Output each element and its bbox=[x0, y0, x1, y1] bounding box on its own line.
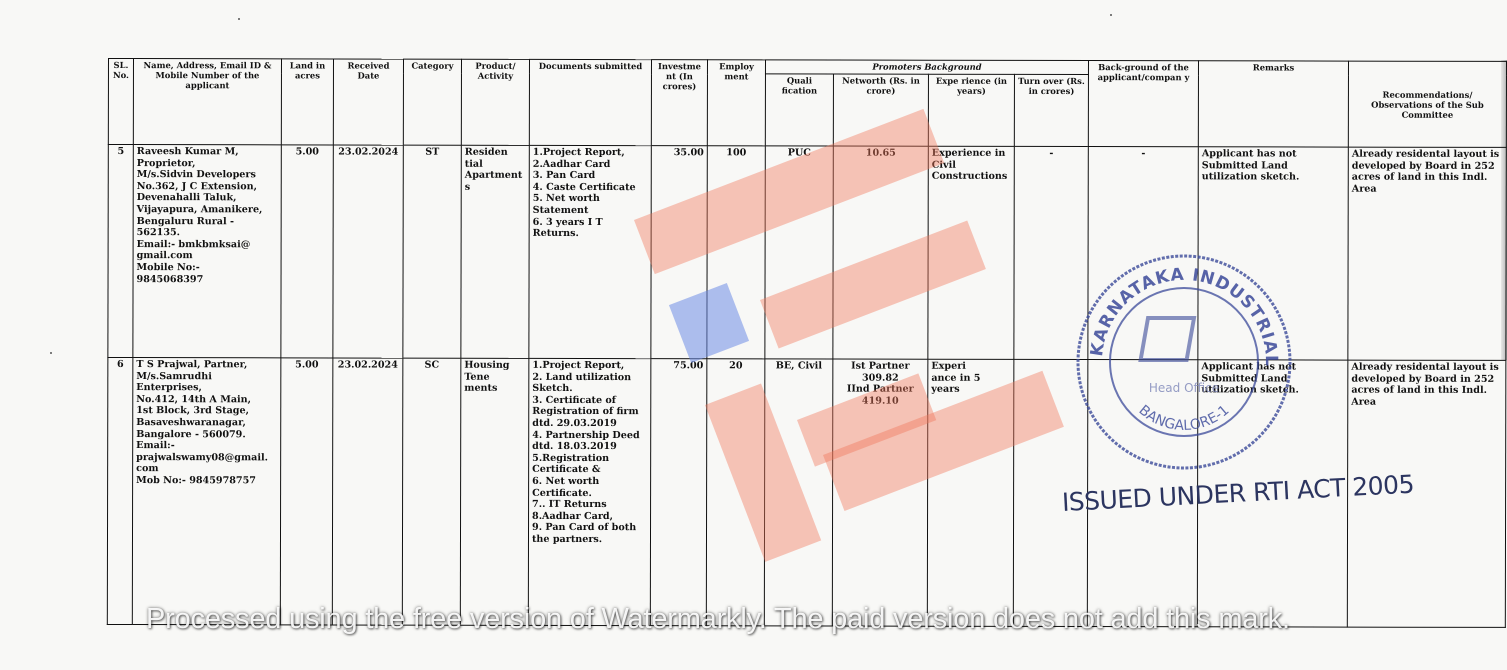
header-row: SL. No. Name, Address, Email ID & Mobile… bbox=[108, 59, 1506, 76]
cell-investment: 75.00 bbox=[650, 359, 707, 626]
header-background: Back-ground of the applicant/compan y bbox=[1088, 61, 1198, 147]
cell-documents: 1.Project Report, 2.Aadhar Card 3. Pan C… bbox=[529, 145, 651, 358]
cell-qualification: PUC bbox=[765, 146, 833, 359]
cell-product: Housing Tene ments bbox=[460, 358, 529, 625]
cell-product: Residen tial Apartment s bbox=[461, 145, 529, 358]
header-networth: Networth (Rs. in crore) bbox=[833, 74, 928, 146]
cell-applicant: T S Prajwal, Partner, M/s.Samrudhi Enter… bbox=[132, 358, 281, 625]
header-sl-no: SL. No. bbox=[108, 59, 133, 145]
cell-turnover: - bbox=[1014, 146, 1088, 359]
header-name: Name, Address, Email ID & Mobile Number … bbox=[133, 59, 281, 145]
header-turnover: Turn over (Rs. in crores) bbox=[1014, 74, 1088, 146]
cell-received-date: 23.02.2024 bbox=[333, 145, 403, 358]
header-qualification: Quali fication bbox=[765, 74, 833, 146]
cell-investment: 35.00 bbox=[651, 146, 707, 359]
cell-received-date: 23.02.2024 bbox=[332, 358, 403, 625]
header-product: Product/ Activity bbox=[461, 59, 529, 145]
header-employment: Employ ment bbox=[707, 60, 765, 146]
applications-table: SL. No. Name, Address, Email ID & Mobile… bbox=[107, 58, 1507, 628]
header-documents: Documents submitted bbox=[529, 59, 651, 145]
header-received-date: Received Date bbox=[333, 59, 403, 145]
cell-documents: 1.Project Report, 2. Land utilization Sk… bbox=[528, 358, 651, 625]
scanned-document-page: SL. No. Name, Address, Email ID & Mobile… bbox=[0, 0, 1507, 670]
cell-category: SC bbox=[402, 358, 461, 625]
cell-employment: 100 bbox=[707, 146, 765, 359]
cell-land: 5.00 bbox=[280, 358, 333, 625]
scan-speck bbox=[238, 18, 240, 20]
cell-sl-no: 6 bbox=[107, 358, 133, 625]
cell-sl-no: 5 bbox=[108, 145, 133, 358]
cell-turnover bbox=[1013, 359, 1088, 626]
header-land: Land in acres bbox=[281, 59, 333, 145]
cell-background: - bbox=[1088, 147, 1198, 360]
header-remarks: Remarks bbox=[1198, 61, 1348, 147]
cell-remarks: Applicant has not Submitted Land utiliza… bbox=[1197, 360, 1348, 627]
header-promoters-background: Promoters Background bbox=[765, 60, 1088, 75]
cell-category: ST bbox=[403, 145, 461, 358]
cell-networth: 10.65 bbox=[833, 146, 928, 359]
cell-recommendations: Already residental layout is developed b… bbox=[1348, 147, 1506, 360]
cell-experience: Experi ance in 5 years bbox=[927, 359, 1014, 626]
cell-employment: 20 bbox=[706, 359, 765, 626]
scan-speck bbox=[1110, 14, 1112, 16]
scan-speck bbox=[50, 352, 52, 354]
cell-experience: Experience in Civil Constructions bbox=[928, 146, 1014, 359]
cell-land: 5.00 bbox=[281, 145, 333, 358]
cell-networth: Ist Partner 309.82 IInd Partner 419.10 bbox=[832, 359, 928, 626]
cell-recommendations: Already residental layout is developed b… bbox=[1347, 360, 1506, 627]
cell-background bbox=[1087, 360, 1198, 627]
cell-qualification: BE, Civil bbox=[764, 359, 833, 626]
table-row: 6 T S Prajwal, Partner, M/s.Samrudhi Ent… bbox=[107, 358, 1506, 628]
header-recommendations: Recommendations/ Observations of the Sub… bbox=[1348, 61, 1506, 147]
header-investment: Investme nt (In crores) bbox=[651, 60, 707, 146]
table-row: 5 Raveesh Kumar M, Proprietor, M/s.Sidvi… bbox=[108, 145, 1506, 361]
cell-applicant: Raveesh Kumar M, Proprietor, M/s.Sidvin … bbox=[133, 145, 281, 358]
header-category: Category bbox=[403, 59, 461, 145]
cell-remarks: Applicant has not Submitted Land utiliza… bbox=[1198, 147, 1348, 360]
header-experience: Expe rience (in years) bbox=[928, 74, 1014, 146]
